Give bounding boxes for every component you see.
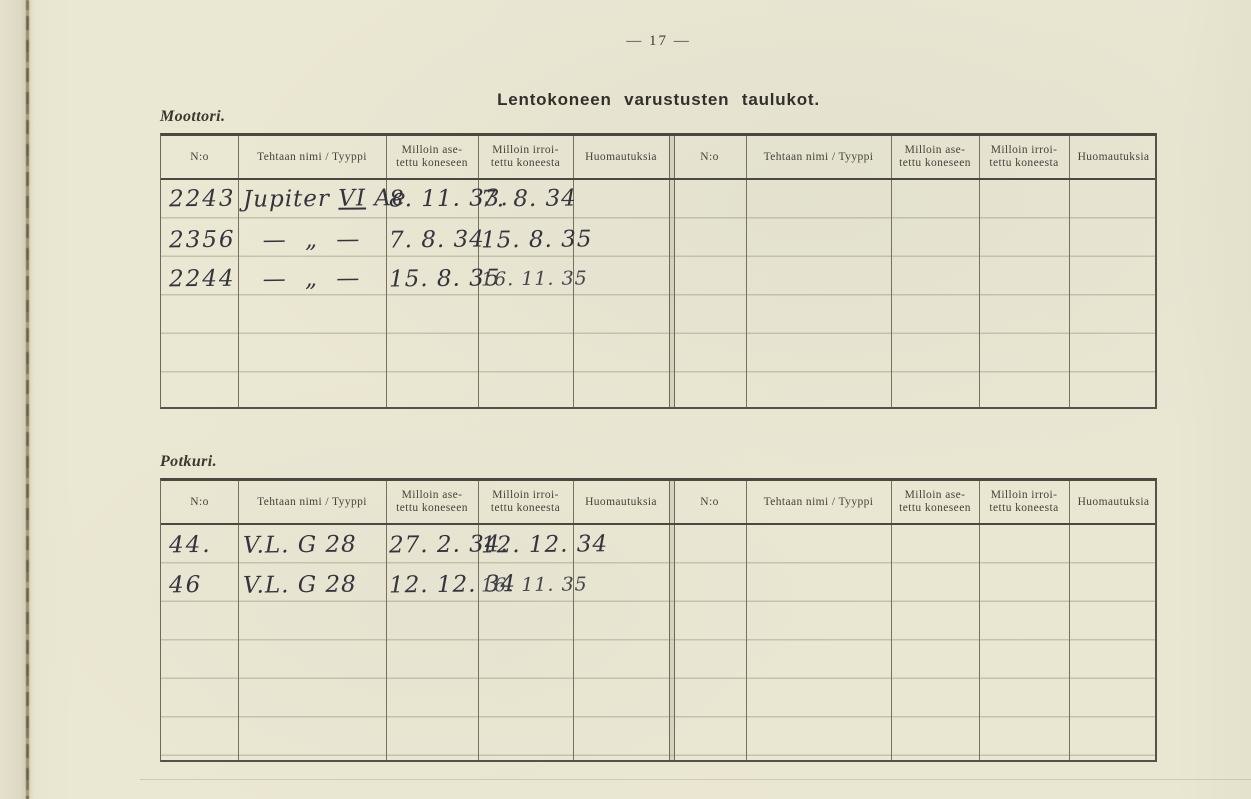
col-header-line: Milloin irroi- [991, 489, 1058, 502]
col-header-removed: Milloin irroi-tettu koneesta [478, 481, 573, 523]
section-label-potkuri: Potkuri. [160, 453, 217, 471]
col-header-line: Milloin irroi- [492, 489, 559, 502]
col-header-factory-type: Tehtaan nimi / Tyyppi [746, 136, 891, 178]
engine-row-type-ditto: — „ — [243, 224, 385, 255]
book-binding-edge [0, 0, 40, 799]
col-header-installed: Milloin ase-tettu koneseen [386, 136, 478, 178]
propeller-row-removed-date: 12. 12. 34 [481, 530, 573, 561]
binding-seam [26, 0, 29, 799]
col-header-line: tettu koneseen [899, 157, 971, 170]
col-header-text: Huomautuksia [1078, 151, 1150, 164]
col-header-text: Tehtaan nimi / Tyyppi [257, 496, 367, 509]
col-header-line: tettu koneesta [491, 502, 560, 515]
propeller-row-number: 46 [169, 570, 235, 601]
col-header-line: tettu koneesta [989, 502, 1058, 515]
engine-row-removed-date: 16. 11. 35 [481, 264, 573, 295]
col-header-line: Milloin ase- [905, 144, 966, 157]
faint-row-ruling [161, 525, 1155, 760]
col-header-line: tettu koneseen [396, 157, 468, 170]
faint-page-ruling [140, 779, 1251, 780]
engine-row-type: Jupiter VI Ae [243, 183, 385, 214]
col-header-installed: Milloin ase-tettu koneseen [386, 481, 478, 523]
col-header-installed: Milloin ase-tettu koneseen [891, 136, 979, 178]
moottori-table: N:o Tehtaan nimi / Tyyppi Milloin ase-te… [160, 133, 1157, 409]
col-header-removed: Milloin irroi-tettu koneesta [979, 481, 1069, 523]
propeller-row-type: V.L. G 28 [243, 529, 385, 560]
col-header-factory-type: Tehtaan nimi / Tyyppi [238, 481, 386, 523]
col-header-text: Tehtaan nimi / Tyyppi [764, 151, 874, 164]
propeller-row-installed-date: 27. 2. 34. [389, 530, 477, 561]
potkuri-table: N:o Tehtaan nimi / Tyyppi Milloin ase-te… [160, 478, 1157, 762]
col-header-no: N:o [673, 136, 746, 178]
page-title: Lentokoneen varustusten taulukot. [160, 90, 1157, 110]
col-header-remarks: Huomautuksia [1069, 136, 1158, 178]
col-header-line: Milloin ase- [905, 489, 966, 502]
engine-row-number: 2356 [169, 225, 235, 256]
col-header-factory-type: Tehtaan nimi / Tyyppi [238, 136, 386, 178]
col-header-text: Huomautuksia [1078, 496, 1150, 509]
section-label-moottori: Moottori. [160, 108, 225, 126]
col-header-line: tettu koneseen [899, 502, 971, 515]
engine-row-removed-date: 7. 8. 34 [481, 184, 573, 215]
col-header-line: Milloin ase- [402, 489, 463, 502]
type-roman-numeral: VI [338, 185, 366, 211]
engine-row-installed-date: 15. 8. 35 [389, 264, 477, 295]
header-separator-line [161, 523, 1155, 525]
engine-row-type-ditto: — „ — [243, 263, 385, 294]
col-header-text: Huomautuksia [585, 496, 657, 509]
header-separator-line [161, 178, 1155, 180]
col-header-line: tettu koneseen [396, 502, 468, 515]
propeller-row-removed-date: 16. 11. 35 [481, 570, 573, 601]
col-header-removed: Milloin irroi-tettu koneesta [979, 136, 1069, 178]
col-header-text: Tehtaan nimi / Tyyppi [257, 151, 367, 164]
col-header-no: N:o [673, 481, 746, 523]
engine-row-removed-date: 15. 8. 35 [481, 225, 573, 256]
engine-row-number: 2243 [169, 184, 235, 215]
col-header-text: Huomautuksia [585, 151, 657, 164]
col-header-text: N:o [190, 151, 208, 164]
col-header-text: Tehtaan nimi / Tyyppi [764, 496, 874, 509]
col-header-line: Milloin ase- [402, 144, 463, 157]
propeller-row-number: 44. [169, 530, 235, 561]
col-header-line: tettu koneesta [491, 157, 560, 170]
col-header-line: Milloin irroi- [492, 144, 559, 157]
col-header-text: N:o [190, 496, 208, 509]
col-header-line: Milloin irroi- [991, 144, 1058, 157]
engine-row-number: 2244 [169, 264, 235, 295]
col-header-installed: Milloin ase-tettu koneseen [891, 481, 979, 523]
type-text: Jupiter [243, 186, 339, 213]
col-header-no: N:o [161, 481, 238, 523]
page-number: — 17 — [160, 33, 1157, 50]
propeller-row-type: V.L. G 28 [243, 569, 385, 600]
propeller-row-installed-date: 12. 12. 34 [389, 570, 477, 601]
scanned-logbook-page: — 17 — Lentokoneen varustusten taulukot.… [0, 0, 1251, 799]
col-header-remarks: Huomautuksia [1069, 481, 1158, 523]
col-header-text: N:o [700, 496, 718, 509]
col-header-factory-type: Tehtaan nimi / Tyyppi [746, 481, 891, 523]
col-header-text: N:o [700, 151, 718, 164]
engine-row-installed-date: 7. 8. 34 [389, 225, 477, 256]
col-header-no: N:o [161, 136, 238, 178]
col-header-line: tettu koneesta [989, 157, 1058, 170]
col-header-remarks: Huomautuksia [573, 481, 669, 523]
col-header-remarks: Huomautuksia [573, 136, 669, 178]
engine-row-installed-date: 8. 11. 33. [389, 184, 477, 215]
col-header-removed: Milloin irroi-tettu koneesta [478, 136, 573, 178]
